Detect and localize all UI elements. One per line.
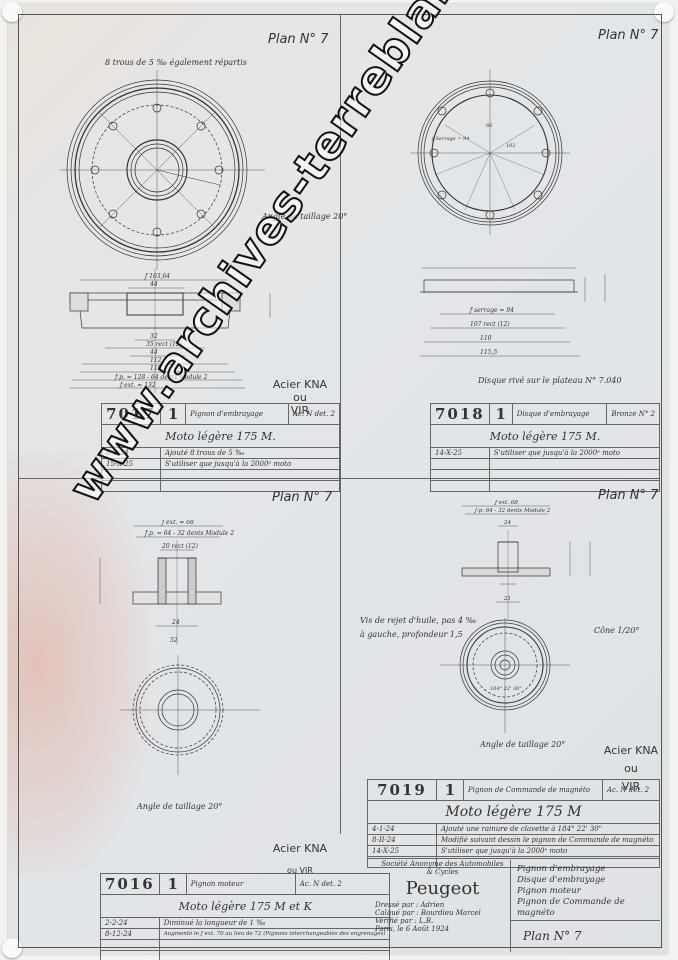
svg-text:52: 52	[170, 637, 178, 644]
svg-text:184° 22' 30": 184° 22' 30"	[490, 686, 522, 692]
company-line2: & Cycles	[375, 868, 510, 876]
svg-text:102: 102	[506, 143, 516, 149]
plan-label-top-left: Plan N° 7	[268, 32, 328, 47]
brand-logo: Peugeot	[375, 878, 510, 899]
part-name: Pignon d'embrayage	[186, 404, 289, 425]
dim-text: ƒ 103,64	[143, 273, 170, 280]
parts-list-item: Disque d'embrayage	[517, 875, 660, 886]
angle-note-bottom-right: Angle de taillage 20°	[480, 740, 565, 749]
svg-text:ƒ ext. = 68: ƒ ext. = 68	[160, 520, 194, 526]
svg-text:24: 24	[503, 520, 511, 526]
parts-list: Pignon d'embrayage Disque d'embrayage Pi…	[510, 860, 660, 920]
svg-text:107 rect (12): 107 rect (12)	[470, 321, 510, 328]
drawn-by: Dressé par : Adrien	[375, 901, 510, 909]
company-line1: Société Anonyme des Automobiles	[375, 860, 510, 868]
plan-label-top-right: Plan N° 7	[598, 28, 658, 43]
riveted-note: Disque rivé sur le plateau N° 7.040	[478, 376, 622, 385]
traced-by: Calqué par : Bourdieu Marcel	[375, 909, 510, 917]
svg-text:ƒ Serrage = 94: ƒ Serrage = 94	[431, 136, 469, 142]
angle-note-bottom-left: Angle de taillage 20°	[137, 802, 222, 811]
clutch-disc-section-7018: ƒ serrage = 94107 rect (12)110115,5	[410, 262, 610, 362]
checked-by: Vérifié par : L.B.	[375, 917, 510, 925]
svg-text:60: 60	[486, 123, 493, 129]
parts-list-item: Pignon moteur	[517, 886, 660, 897]
title-block-7019: 70191Pignon de Commande de magnétoAc. N …	[367, 779, 660, 868]
svg-text:20 rect (12): 20 rect (12)	[161, 543, 199, 550]
svg-text:21: 21	[503, 596, 511, 602]
magneto-pinion-front-7019: 184° 22' 30"	[440, 618, 570, 733]
manufacturer-block: Société Anonyme des Automobiles & Cycles…	[375, 860, 510, 952]
parts-list-item: Pignon de Commande de magnéto	[517, 897, 660, 919]
cone-note: Cône 1/20°	[594, 626, 639, 635]
holes-note: 8 trous de 5 ‰ également répartis	[105, 58, 247, 67]
svg-text:24: 24	[171, 619, 180, 626]
svg-text:ƒ serrage = 94: ƒ serrage = 94	[468, 307, 514, 314]
mfg-divider	[367, 858, 660, 859]
magneto-pinion-section-7019: ƒ ext. 68ƒ.p. 64 - 32 dents Module 22421	[420, 500, 600, 620]
svg-text:115,5: 115,5	[480, 349, 497, 356]
engine-pinion-section-7016: ƒ ext. = 68ƒ.p. = 64 - 32 dents Module 2…	[90, 520, 270, 645]
svg-text:ƒ ext. 68: ƒ ext. 68	[494, 500, 518, 506]
clutch-disc-front-view-7018: ƒ Serrage = 9460102	[410, 65, 570, 235]
parts-list-item: Pignon d'embrayage	[517, 864, 660, 875]
plan-label-bottom-right: Plan N° 7	[598, 488, 658, 503]
title-block-7018: 70181Disque d'embrayageBronze N° 2 Moto …	[430, 403, 660, 492]
part-ref: Ac. N det. 2	[288, 404, 339, 425]
engine-pinion-front-7016	[120, 655, 260, 775]
svg-text:110: 110	[480, 335, 492, 342]
svg-text:ƒ.p. = 64 - 32 dents Module 2: ƒ.p. = 64 - 32 dents Module 2	[143, 530, 234, 537]
title-block-7016: 70161Pignon moteurAc. N det. 2 Moto légè…	[100, 873, 390, 960]
plan-number-box: Plan N° 7	[510, 920, 660, 952]
drawing-date: Paris, le 6 Août 1924	[375, 925, 510, 933]
plan-label-bottom-left: Plan N° 7	[272, 490, 332, 505]
svg-text:ƒ.p. 64 - 32 dents Module 2: ƒ.p. 64 - 32 dents Module 2	[474, 508, 551, 514]
svg-text:44: 44	[149, 281, 158, 288]
